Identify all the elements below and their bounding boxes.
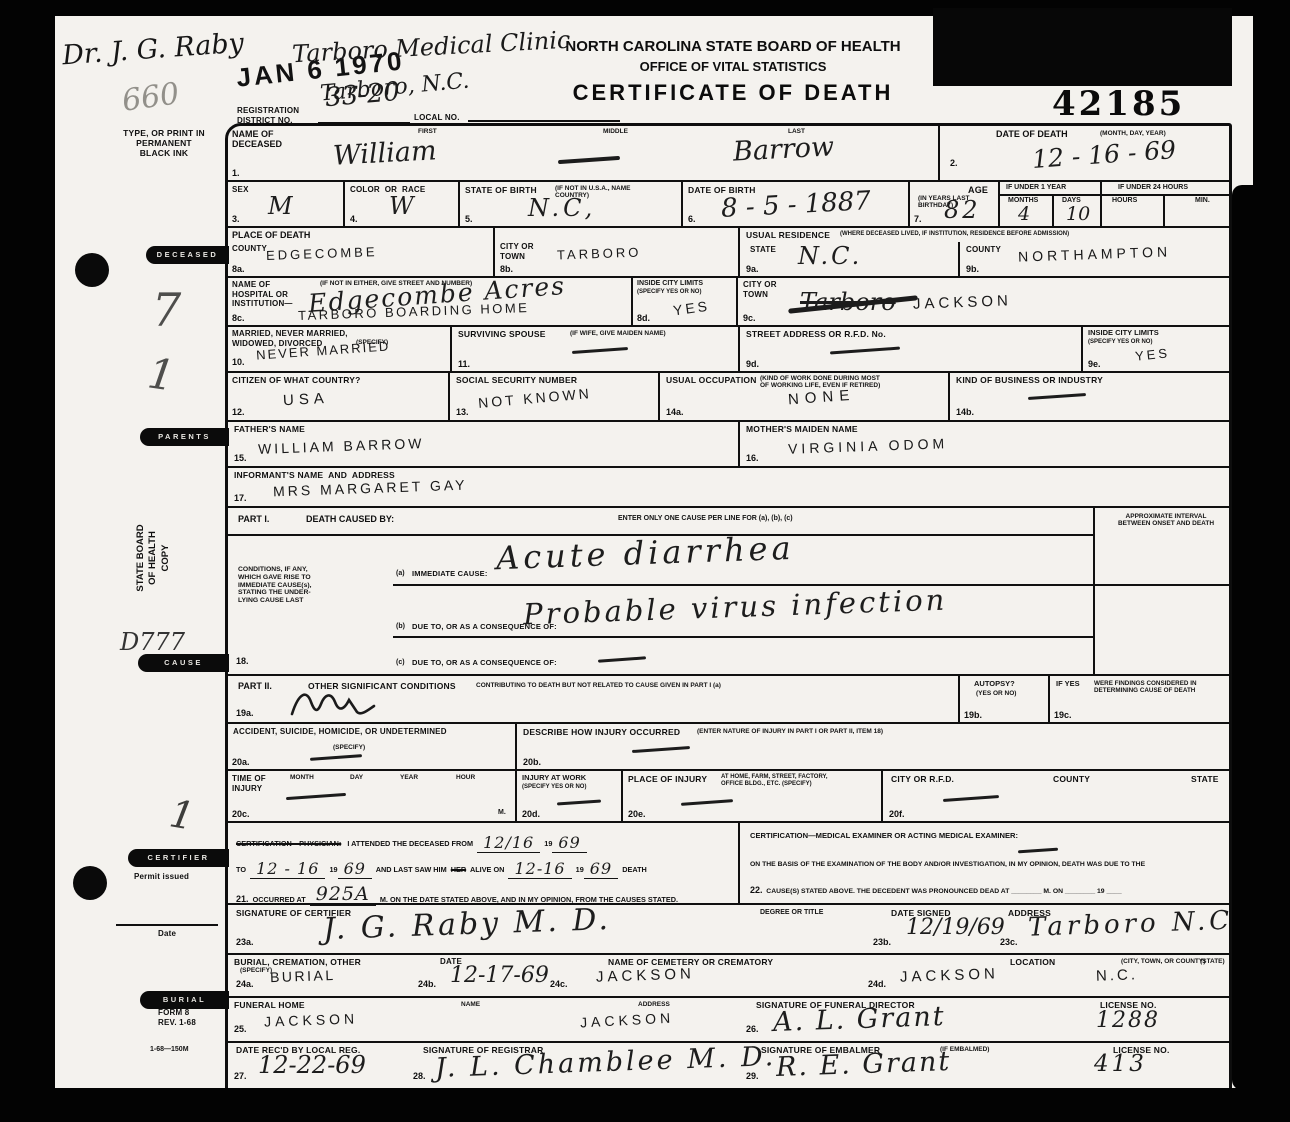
- name-label: NAME OF DECEASED: [232, 129, 282, 150]
- value-death-county: EDGECOMBE: [266, 244, 378, 263]
- usual-residence-label: USUAL RESIDENCE: [746, 230, 830, 240]
- scan-edge-right-blob: [1232, 185, 1262, 1090]
- autopsy-label: AUTOPSY?: [974, 680, 1015, 689]
- value-funeral-home-address: JACKSON: [580, 1010, 675, 1031]
- field-residence-state: USUAL RESIDENCE (WHERE DECEASED LIVED, I…: [738, 226, 958, 276]
- item-no: 24d.: [868, 979, 886, 989]
- under-1-year-label: IF UNDER 1 YEAR: [1006, 184, 1066, 192]
- item-no: 20c.: [232, 809, 250, 819]
- value-state-of-birth: N.C,: [528, 194, 596, 222]
- item-no: 28.: [413, 1071, 426, 1081]
- form-number: FORM 8 REV. 1-68: [158, 1008, 196, 1027]
- first-col-label: FIRST: [418, 128, 437, 135]
- informant-label: INFORMANT'S NAME AND ADDRESS: [234, 470, 395, 480]
- item-no: 4.: [350, 214, 358, 224]
- value-last-name: Barrow: [732, 131, 835, 167]
- document-title: CERTIFICATE OF DEATH: [558, 80, 908, 106]
- line-a-no: (a): [396, 570, 405, 578]
- value-attended-to: 12 - 16: [250, 859, 325, 879]
- tab-parents: PARENTS: [140, 428, 229, 446]
- value-date-signed: 12/19/69: [906, 915, 1005, 940]
- item-no: 8d.: [637, 313, 650, 323]
- value-date-received: 12-22-69: [258, 1051, 366, 1079]
- value-to-year: 69: [338, 859, 372, 879]
- part1-label: PART I.: [238, 514, 269, 524]
- field-under-age-block: IF UNDER 1 YEAR IF UNDER 24 HOURS MONTHS…: [998, 180, 1232, 226]
- street-label: STREET ADDRESS OR R.F.D. No.: [746, 329, 886, 339]
- item-no: 17.: [234, 493, 247, 503]
- value-seen-year: 69: [584, 859, 618, 879]
- value-funeral-director-signature: A. L. Grant: [773, 1001, 947, 1038]
- print-run: 1-68—150M: [150, 1046, 189, 1054]
- city-rfd-label: CITY OR R.F.D.: [891, 774, 954, 784]
- value-funeral-license: 1288: [1096, 1008, 1160, 1033]
- item-no: 25.: [234, 1024, 247, 1034]
- value-cemetery: JACKSON: [596, 965, 695, 985]
- item-no: 26.: [746, 1024, 759, 1034]
- value-residence-icl: YES: [1134, 345, 1170, 364]
- month-label: MONTH: [290, 774, 314, 781]
- item-no: 20a.: [232, 757, 250, 767]
- item-no: 9d.: [746, 359, 759, 369]
- item-no: 23c.: [1000, 937, 1018, 947]
- field-place-of-injury: PLACE OF INJURY AT HOME, FARM, STREET, F…: [621, 769, 881, 821]
- place-of-death-label: PLACE OF DEATH: [232, 230, 310, 240]
- line-c-no: (c): [396, 659, 405, 667]
- scan-edge-left: [0, 0, 55, 1122]
- value-residence-state: N.C.: [798, 242, 862, 270]
- interval-label: APPROXIMATE INTERVAL BETWEEN ONSET AND D…: [1103, 513, 1229, 528]
- field-informant: INFORMANT'S NAME AND ADDRESS 17. MRS MAR…: [228, 466, 1232, 506]
- value-certifier-signature: J. G. Raby M. D.: [322, 902, 611, 947]
- item-no: 15.: [234, 453, 247, 463]
- last-saw-text: AND LAST SAW HIM: [376, 865, 447, 874]
- her-struck: HER: [451, 865, 466, 874]
- field-citizenship: CITIZEN OF WHAT COUNTRY? 12. USA: [228, 371, 448, 420]
- item-no: 8b.: [500, 264, 513, 274]
- funeral-name-sub: NAME: [461, 1001, 480, 1008]
- row-burial: BURIAL, CREMATION, OTHER (SPECIFY) 24a. …: [228, 953, 1232, 996]
- state-label: STATE: [750, 245, 776, 255]
- field-residence-inside-city-limits: INSIDE CITY LIMITS (SPECIFY YES OR NO) 9…: [1081, 325, 1232, 371]
- county-label: COUNTY: [1053, 774, 1090, 784]
- item-no: 20b.: [523, 757, 541, 767]
- other-conditions-sub: CONTRIBUTING TO DEATH BUT NOT RELATED TO…: [476, 682, 721, 689]
- section-cause-of-death: PART I. DEATH CAUSED BY: ENTER ONLY ONE …: [228, 506, 1093, 674]
- field-sex: SEX 3. M: [228, 180, 343, 226]
- if-yes-sub: WERE FINDINGS CONSIDERED IN DETERMINING …: [1094, 680, 1197, 694]
- location-sub-state: (STATE): [1200, 958, 1225, 965]
- certification-me-label: CERTIFICATION—MEDICAL EXAMINER OR ACTING…: [750, 831, 1018, 840]
- line-b-no: (b): [396, 623, 405, 631]
- value-race: W: [389, 192, 414, 220]
- accident-sub: (SPECIFY): [333, 744, 365, 751]
- field-state-of-birth: STATE OF BIRTH (IF NOT IN U.S.A., NAME C…: [458, 180, 681, 226]
- item-no: 8c.: [232, 313, 245, 323]
- field-date-of-birth: DATE OF BIRTH 6. 8 - 5 - 1887: [681, 180, 908, 226]
- date-label: Date: [158, 929, 176, 939]
- year-19: 19: [576, 865, 584, 874]
- year-19: 19: [329, 865, 337, 874]
- business-label: KIND OF BUSINESS OR INDUSTRY: [956, 375, 1103, 385]
- field-autopsy-findings: IF YES WERE FINDINGS CONSIDERED IN DETER…: [1048, 674, 1232, 722]
- board-name: NORTH CAROLINA STATE BOARD OF HEALTH: [558, 38, 908, 55]
- value-mother: VIRGINIA ODOM: [788, 435, 949, 457]
- row-funeral-home: FUNERAL HOME NAME ADDRESS SIGNATURE OF F…: [228, 996, 1232, 1041]
- item-no: 10.: [232, 357, 245, 367]
- certificate-number: 42185: [1052, 84, 1185, 124]
- immediate-cause-label: IMMEDIATE CAUSE:: [412, 569, 488, 578]
- injury-at-work-label: INJURY AT WORK: [522, 774, 586, 783]
- row-certifier-signature: SIGNATURE OF CERTIFIER DEGREE OR TITLE D…: [228, 903, 1232, 953]
- item-no: 23a.: [236, 937, 254, 947]
- time-of-injury-label: TIME OF INJURY: [232, 774, 266, 793]
- type-print-note: TYPE, OR PRINT IN PERMANENT BLACK INK: [113, 128, 215, 159]
- field-occupation: USUAL OCCUPATION (KIND OF WORK DONE DURI…: [658, 371, 948, 420]
- value-date-of-birth: 8 - 5 - 1887: [720, 186, 871, 224]
- item-no: 8a.: [232, 264, 245, 274]
- hours-label: HOURS: [1112, 197, 1137, 205]
- section-certification-physician: CERTIFICATION—PHYSICIAN: I ATTENDED THE …: [228, 821, 738, 903]
- inside-city-limits-sub: (SPECIFY YES OR NO): [637, 289, 701, 296]
- dod-label: DATE OF DEATH: [996, 129, 1068, 139]
- injury-at-work-sub: (SPECIFY YES OR NO): [522, 784, 586, 791]
- field-residence-city: CITY OR TOWN 9c. Tarboro JACKSON: [736, 276, 1232, 325]
- field-injury-at-work: INJURY AT WORK (SPECIFY YES OR NO) 20d.: [515, 769, 621, 821]
- item-no: 9e.: [1088, 359, 1101, 369]
- field-residence-county: COUNTY 9b. NORTHAMPTON: [958, 226, 1232, 276]
- value-date-of-death: 12 - 16 - 69: [1031, 135, 1177, 174]
- field-father-name: FATHER'S NAME 15. WILLIAM BARROW: [228, 420, 738, 466]
- mother-label: MOTHER'S MAIDEN NAME: [746, 424, 858, 434]
- field-accident-suicide: ACCIDENT, SUICIDE, HOMICIDE, OR UNDETERM…: [228, 722, 515, 769]
- item-no: 23b.: [873, 937, 891, 947]
- item-no: 9c.: [743, 313, 756, 323]
- how-injury-sub: (ENTER NATURE OF INJURY IN PART I OR PAR…: [697, 728, 883, 735]
- field-ssn: SOCIAL SECURITY NUMBER 13. NOT KNOWN: [448, 371, 658, 420]
- value-occupation: NONE: [787, 387, 855, 409]
- item-no: 27.: [234, 1071, 247, 1081]
- item-no: 24c.: [550, 979, 568, 989]
- ssn-label: SOCIAL SECURITY NUMBER: [456, 375, 577, 385]
- location-sub-city: (CITY, TOWN, OR COUNTY): [1121, 958, 1205, 965]
- spouse-sub: (IF WIFE, GIVE MAIDEN NAME): [570, 330, 666, 337]
- citizen-label: CITIZEN OF WHAT COUNTRY?: [232, 375, 361, 385]
- item-no: 20e.: [628, 809, 646, 819]
- value-burial-state: N.C.: [1096, 966, 1139, 984]
- hospital-label: NAME OF HOSPITAL OR INSTITUTION—: [232, 280, 293, 309]
- city-town-label: CITY OR TOWN: [500, 242, 534, 261]
- item-no: 7.: [914, 214, 922, 224]
- value-burial-type: BURIAL: [270, 967, 336, 985]
- part2-label: PART II.: [238, 681, 272, 691]
- value-death-city: TARBORO: [557, 245, 642, 263]
- value-sex: M: [268, 192, 293, 220]
- scan-edge-bottom: [0, 1088, 1290, 1122]
- certification-physician-label: CERTIFICATION—PHYSICIAN:: [236, 839, 341, 848]
- inside-city-limits-label: INSIDE CITY LIMITS: [637, 280, 703, 288]
- certificate-form: NAME OF DECEASED FIRST MIDDLE LAST 1. Wi…: [225, 123, 1232, 1095]
- field-time-of-injury: TIME OF INJURY MONTH DAY YEAR HOUR 20c. …: [228, 769, 515, 821]
- value-underlying-cause: Probable virus infection: [523, 583, 948, 632]
- city-town-label: CITY OR TOWN: [743, 280, 777, 299]
- value-burial-date: 12-17-69: [450, 963, 549, 988]
- day-label: DAY: [350, 774, 363, 781]
- inside-city-limits-label: INSIDE CITY LIMITS: [1088, 329, 1159, 338]
- location-label: LOCATION: [1010, 957, 1055, 967]
- item-no: 14b.: [956, 407, 974, 417]
- value-last-seen-date: 12-16: [508, 859, 571, 879]
- middle-name-dash-mark: [558, 156, 620, 164]
- item-no: 14a.: [666, 407, 684, 417]
- item-no: 11.: [458, 359, 470, 369]
- conditions-note: CONDITIONS, IF ANY, WHICH GAVE RISE TO I…: [238, 566, 312, 605]
- item-no: 20f.: [889, 809, 905, 819]
- copy-designation: STATE BOARD OF HEALTH COPY: [135, 493, 175, 623]
- value-days: 10: [1066, 203, 1090, 225]
- middle-col-label: MIDDLE: [603, 128, 628, 135]
- funeral-home-label: FUNERAL HOME: [234, 1000, 305, 1010]
- item-no: 9a.: [746, 264, 759, 274]
- me-causes-text: CAUSE(S) STATED ABOVE. THE DECEDENT WAS …: [766, 888, 1121, 895]
- me-basis-text: ON THE BASIS OF THE EXAMINATION OF THE B…: [750, 861, 1145, 868]
- item-no: 20d.: [522, 809, 540, 819]
- spouse-label: SURVIVING SPOUSE: [458, 329, 546, 339]
- section-certification-medical-examiner: CERTIFICATION—MEDICAL EXAMINER OR ACTING…: [738, 821, 1232, 903]
- field-color-race: COLOR OR RACE 4. W: [343, 180, 458, 226]
- value-residence-county: NORTHAMPTON: [1018, 243, 1172, 264]
- degree-title-label: DEGREE OR TITLE: [760, 909, 823, 917]
- item-no: 19c.: [1054, 710, 1072, 720]
- value-embalmer-signature: R. E. Grant: [776, 1046, 952, 1083]
- item-no: 16.: [746, 453, 759, 463]
- occupation-sub: (KIND OF WORK DONE DURING MOST OF WORKIN…: [760, 375, 880, 390]
- to-label: TO: [236, 865, 246, 874]
- burial-sub: (SPECIFY): [240, 967, 272, 974]
- tab-deceased: DECEASED: [146, 246, 229, 264]
- hour-label: HOUR: [456, 774, 475, 781]
- occupation-label: USUAL OCCUPATION: [666, 375, 757, 385]
- item-no: 29.: [746, 1071, 759, 1081]
- local-no-label: LOCAL NO.: [414, 113, 460, 123]
- scribble-mark: [286, 688, 378, 718]
- inside-city-limits-sub: (SPECIFY YES OR NO): [1088, 339, 1152, 346]
- field-marital-status: MARRIED, NEVER MARRIED, WIDOWED, DIVORCE…: [228, 325, 450, 371]
- item-no: 18.: [236, 656, 249, 666]
- state-label: STATE: [1191, 774, 1219, 784]
- field-other-significant-conditions: PART II. OTHER SIGNIFICANT CONDITIONS CO…: [228, 674, 958, 722]
- item-no: 9b.: [966, 264, 979, 274]
- alive-on-text: ALIVE ON: [470, 865, 504, 874]
- field-injury-city-county-state: CITY OR R.F.D. COUNTY STATE 20f.: [881, 769, 1232, 821]
- row-registrar: DATE REC'D BY LOCAL REG. SIGNATURE OF RE…: [228, 1041, 1232, 1092]
- how-injury-label: DESCRIBE HOW INJURY OCCURRED: [523, 727, 680, 737]
- value-certifier-address: Tarboro N.C.: [1028, 905, 1232, 943]
- due-to-label: DUE TO, OR AS A CONSEQUENCE OF:: [412, 658, 557, 667]
- under-24-hours-label: IF UNDER 24 HOURS: [1118, 184, 1188, 192]
- accident-label: ACCIDENT, SUICIDE, HOMICIDE, OR UNDETERM…: [233, 727, 447, 737]
- value-father: WILLIAM BARROW: [258, 435, 425, 457]
- field-autopsy: AUTOPSY? (YES OR NO) 19b.: [958, 674, 1048, 722]
- field-age: AGE (IN YEARS LAST BIRTHDAY) 7. 82: [908, 180, 998, 226]
- pencil-mark-d777: D777: [120, 628, 185, 656]
- value-burial-location: JACKSON: [900, 965, 999, 985]
- office-name: OFFICE OF VITAL STATISTICS: [558, 59, 908, 74]
- value-citizen: USA: [283, 390, 330, 409]
- value-first-name: William: [332, 135, 437, 171]
- death-word: DEATH: [622, 865, 647, 874]
- hole-punch: [75, 253, 109, 287]
- item-no: 13.: [456, 407, 469, 417]
- permit-issued-label: Permit issued: [134, 872, 189, 882]
- field-how-injury-occurred: DESCRIBE HOW INJURY OCCURRED (ENTER NATU…: [515, 722, 1232, 769]
- item-no: 19a.: [236, 708, 254, 718]
- tab-burial: BURIAL: [140, 991, 229, 1009]
- field-death-county: PLACE OF DEATH COUNTY 8a. EDGECOMBE: [228, 226, 493, 276]
- autopsy-sub: (YES OR NO): [976, 690, 1016, 697]
- item-no: 24b.: [418, 979, 436, 989]
- item-no: 22.: [750, 885, 763, 895]
- place-of-injury-label: PLACE OF INJURY: [628, 774, 707, 784]
- item-no: 2.: [950, 158, 958, 168]
- value-immediate-cause: Acute diarrhea: [495, 529, 795, 577]
- value-embalmer-license: 413: [1094, 1051, 1147, 1077]
- one-cause-note: ENTER ONLY ONE CAUSE PER LINE FOR (a), (…: [618, 515, 793, 523]
- burial-label: BURIAL, CREMATION, OTHER: [234, 957, 361, 967]
- item-no: 19b.: [964, 710, 982, 720]
- redaction-box: [933, 8, 1232, 86]
- value-funeral-home-name: JACKSON: [264, 1010, 359, 1029]
- item-no: 6.: [688, 214, 696, 224]
- funeral-address-sub: ADDRESS: [638, 1001, 670, 1008]
- age-label: AGE: [968, 185, 988, 196]
- tab-certifier: CERTIFIER: [128, 849, 229, 867]
- race-label: COLOR OR RACE: [350, 185, 425, 195]
- father-label: FATHER'S NAME: [234, 424, 305, 434]
- field-date-of-death: DATE OF DEATH (MONTH, DAY, YEAR) 2. 12 -…: [938, 126, 1232, 180]
- sob-label: STATE OF BIRTH: [465, 185, 537, 195]
- attended-text: I ATTENDED THE DECEASED FROM: [347, 839, 473, 848]
- item-no: 24a.: [236, 979, 254, 989]
- meridiem-label: M.: [498, 809, 506, 817]
- value-death-icl: YES: [672, 298, 711, 319]
- value-ssn: NOT KNOWN: [478, 385, 593, 411]
- value-from-year: 69: [552, 833, 586, 853]
- field-hospital: NAME OF HOSPITAL OR INSTITUTION— (IF NOT…: [228, 276, 631, 325]
- item-no: 5.: [465, 214, 473, 224]
- item-no: 1.: [232, 168, 240, 178]
- place-of-injury-sub: AT HOME, FARM, STREET, FACTORY, OFFICE B…: [721, 774, 828, 788]
- field-death-inside-city-limits: INSIDE CITY LIMITS (SPECIFY YES OR NO) 8…: [631, 276, 736, 325]
- min-label: MIN.: [1195, 197, 1210, 205]
- value-age: 82: [944, 196, 981, 224]
- year-label: YEAR: [400, 774, 418, 781]
- value-months: 4: [1018, 203, 1030, 225]
- county-label: COUNTY: [232, 244, 267, 254]
- county-label: COUNTY: [966, 245, 1001, 255]
- field-interval-onset-death: APPROXIMATE INTERVAL BETWEEN ONSET AND D…: [1093, 506, 1232, 674]
- if-yes-label: IF YES: [1056, 680, 1080, 689]
- pencil-mark-7: 7: [152, 283, 181, 337]
- tab-cause: CAUSE: [138, 654, 229, 672]
- field-mother-name: MOTHER'S MAIDEN NAME 16. VIRGINIA ODOM: [738, 420, 1232, 466]
- sex-label: SEX: [232, 185, 249, 195]
- item-no: 3.: [232, 214, 240, 224]
- field-name-of-deceased: NAME OF DECEASED FIRST MIDDLE LAST 1. Wi…: [228, 126, 938, 180]
- field-business: KIND OF BUSINESS OR INDUSTRY 14b.: [948, 371, 1232, 420]
- value-residence-city: JACKSON: [913, 292, 1012, 312]
- death-caused-by-label: DEATH CAUSED BY:: [306, 514, 394, 524]
- hole-punch: [73, 866, 107, 900]
- field-death-city: CITY OR TOWN 8b. TARBORO: [493, 226, 738, 276]
- field-surviving-spouse: SURVIVING SPOUSE (IF WIFE, GIVE MAIDEN N…: [450, 325, 738, 371]
- item-no: 12.: [232, 407, 245, 417]
- field-street-address: STREET ADDRESS OR R.F.D. No. 9d.: [738, 325, 1081, 371]
- value-attended-from: 12/16: [477, 833, 540, 853]
